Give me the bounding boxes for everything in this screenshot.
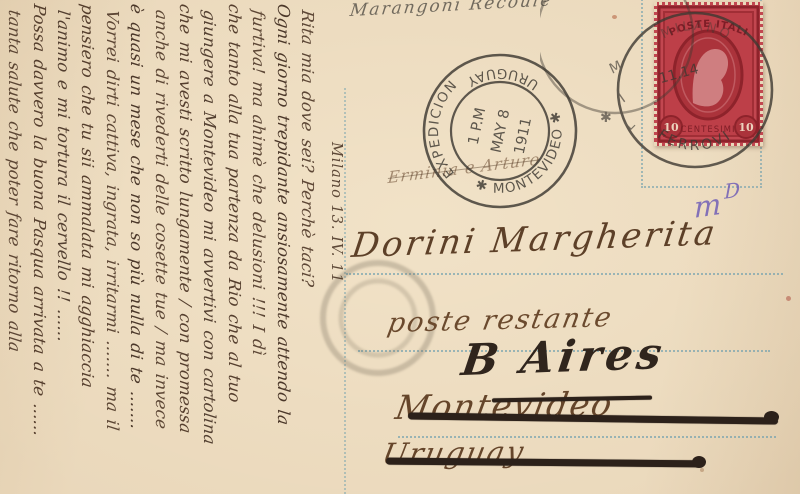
milano-postmark: FERROVIA MILANO 11.14 M I L ✱ (540, 0, 800, 212)
message-line: Vorrei dirti cattiva, ingrata, irritarmi… (99, 9, 123, 494)
paper-speck (700, 468, 704, 472)
postmark-milano-date: 11.14 (658, 61, 701, 87)
postmark-arc-milano: MILANO (659, 19, 735, 44)
message-line: che mi avesti scritto lungamente / con p… (173, 3, 197, 494)
message-line: Rita mia dove sei? Perchè taci? (295, 9, 319, 494)
postmark-year: 1911 (512, 116, 535, 155)
ink-blob (692, 456, 706, 468)
message-line: è quasi un mese che non so più nulla di … (124, 3, 148, 494)
paper-speck (786, 296, 791, 301)
message-line: l'animo e mi tortura il cervello !! ....… (51, 9, 75, 494)
postmark-partial-letter: L (622, 117, 639, 134)
message-dateline: Milano 13. IV. 11 (319, 4, 344, 494)
recipient-name: Dorini Margherita (349, 213, 720, 266)
message-line: furtiva! ma ahimè che delusioni !!! I dì (246, 9, 270, 494)
violet-mark-m: m (694, 187, 721, 225)
postmark-partial-letter: M (607, 58, 625, 78)
svg-text:MILANO: MILANO (659, 19, 735, 44)
message-line: che tanto alla tua partenza da Rio che a… (221, 3, 245, 494)
postcard: Milano 13. IV. 11 Rita mia dove sei? Per… (0, 0, 800, 494)
message-line: Possa davvero la buona Pasqua arrivata a… (26, 3, 50, 494)
message-line: tanta salute che poter fare ritorno alla (2, 9, 26, 494)
message-line: anche di rivederti delle cosette tue / m… (148, 9, 172, 494)
violet-sorting-mark: mD (694, 182, 737, 225)
message-panel: Milano 13. IV. 11 Rita mia dove sei? Per… (0, 0, 346, 494)
postmark-date: MAY 8 (489, 108, 514, 154)
pencil-note: Marangoni Recoule (349, 0, 554, 21)
message-line: giungere a Montevideo mi avvertivi con c… (197, 9, 221, 494)
postmark-partial-star: ✱ (600, 110, 612, 126)
message-line: pensiero che tu sii ammalata mi agghiacc… (75, 3, 99, 494)
ink-blob (764, 411, 779, 423)
paper-speck (612, 15, 617, 19)
violet-mark-d: D (724, 177, 740, 203)
redirect-city: B Aires (458, 329, 668, 386)
postmark-time: 1 P.M (466, 106, 489, 146)
message-line: Ogni giorno trepidante ansiosamente atte… (270, 3, 294, 494)
